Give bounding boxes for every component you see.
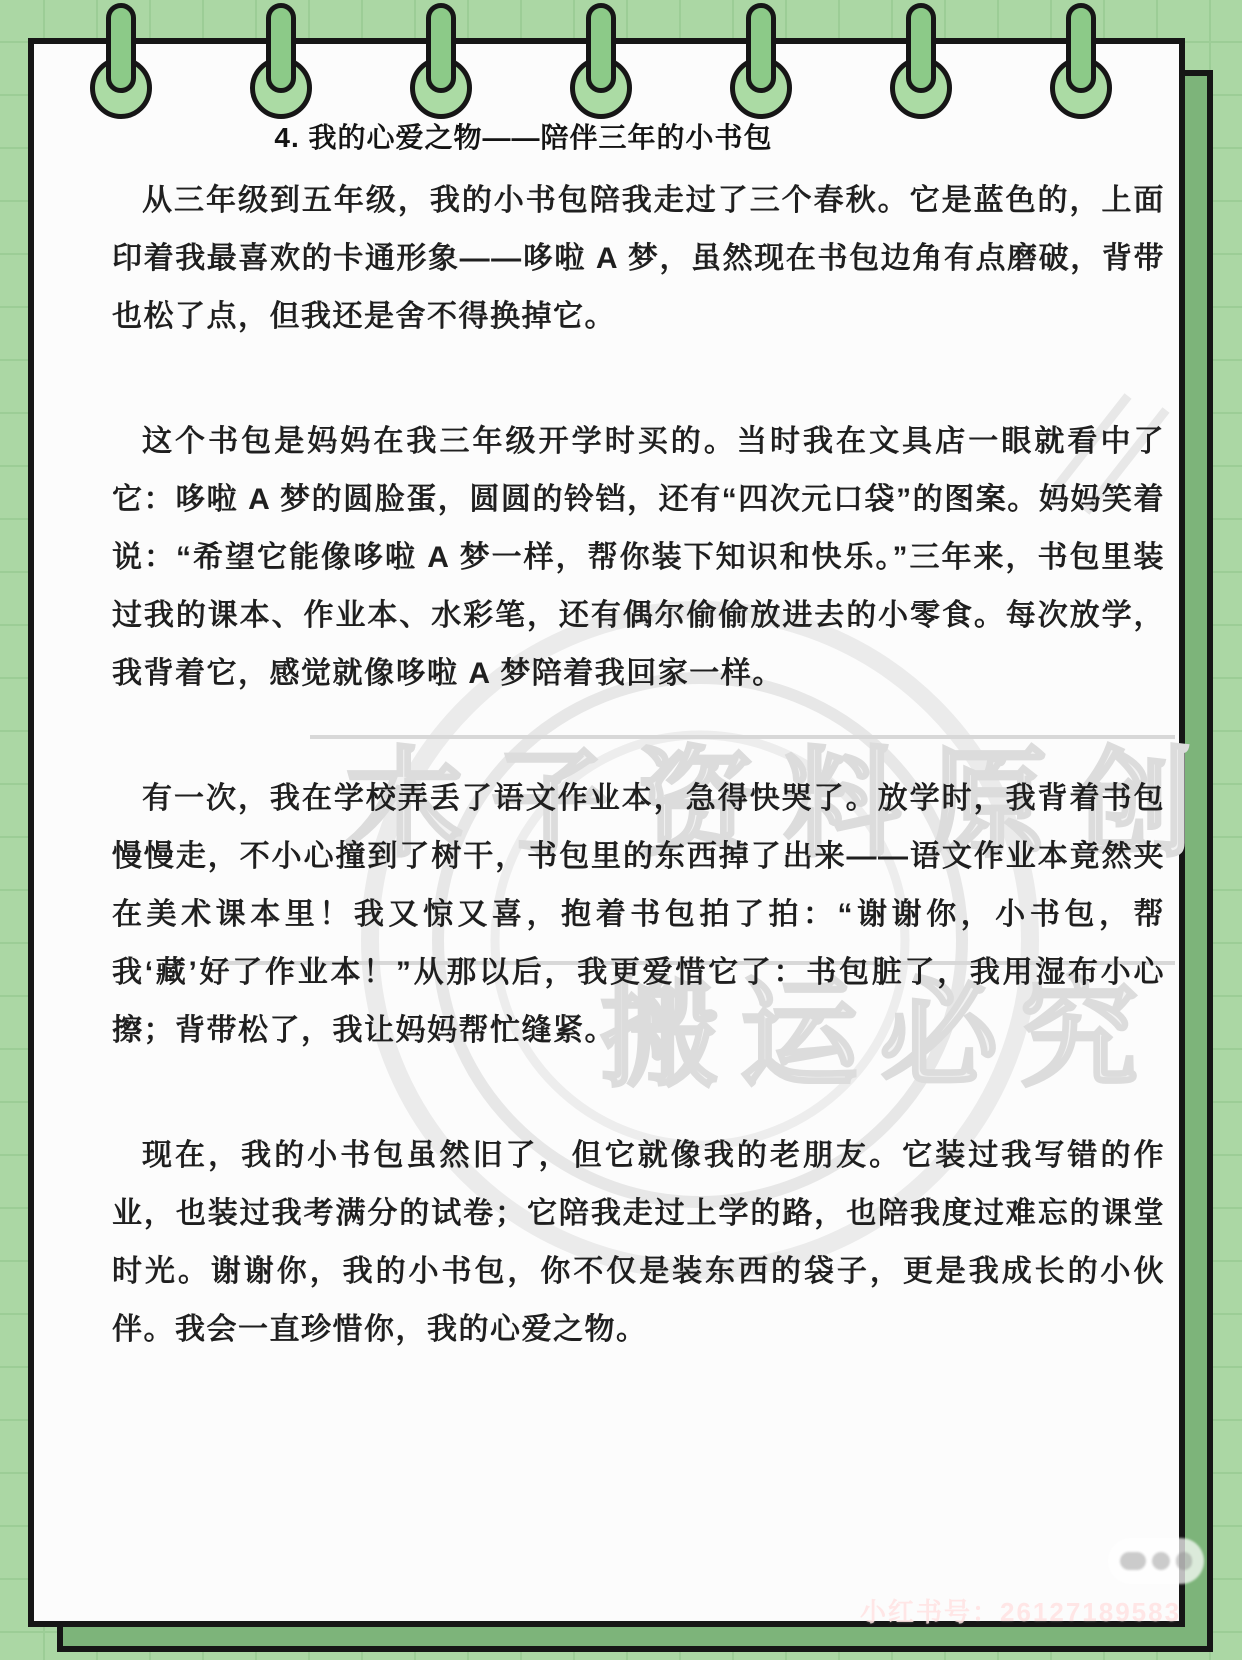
binder-ring-stem-icon xyxy=(906,3,936,93)
binder-ring-stem-icon xyxy=(586,3,616,93)
essay-paragraph-4: 现在，我的小书包虽然旧了，但它就像我的老朋友。它装过我写错的作业，也装过我考满分… xyxy=(112,1127,1165,1359)
binder-ring xyxy=(730,3,792,123)
logo-smudge xyxy=(1176,1552,1192,1570)
binder-ring xyxy=(570,3,632,123)
binder-ring xyxy=(250,3,312,123)
app-logo-watermark xyxy=(1108,1538,1204,1584)
binder-ring-stem-icon xyxy=(1066,3,1096,93)
binder-ring xyxy=(410,3,472,123)
essay-paragraph-3: 有一次，我在学校弄丢了语文作业本，急得快哭了。放学时，我背着书包慢慢走，不小心撞… xyxy=(112,770,1165,1060)
binder-ring xyxy=(90,3,152,123)
binder-ring-stem-icon xyxy=(426,3,456,93)
essay-paragraph-1: 从三年级到五年级，我的小书包陪我走过了三个春秋。它是蓝色的，上面印着我最喜欢的卡… xyxy=(112,172,1165,346)
binder-ring-stem-icon xyxy=(266,3,296,93)
account-id-watermark: 小红书号：26127189583 xyxy=(860,1592,1181,1629)
binder-ring-stem-icon xyxy=(106,3,136,93)
binder-ring-stem-icon xyxy=(746,3,776,93)
page-content: 4. 我的心爱之物——陪伴三年的小书包 从三年级到五年级，我的小书包陪我走过了三… xyxy=(34,44,1179,1621)
essay-paragraph-2: 这个书包是妈妈在我三年级开学时买的。当时我在文具店一眼就看中了它：哆啦 A 梦的… xyxy=(112,413,1165,703)
notepad-photo: { "colors": { "background_green": "#abd7… xyxy=(0,0,1242,1660)
logo-smudge xyxy=(1120,1552,1146,1570)
essay-body: 从三年级到五年级，我的小书包陪我走过了三个春秋。它是蓝色的，上面印着我最喜欢的卡… xyxy=(112,172,1165,1359)
binder-ring xyxy=(1050,3,1112,123)
logo-smudge xyxy=(1152,1552,1170,1570)
binder-ring xyxy=(890,3,952,123)
